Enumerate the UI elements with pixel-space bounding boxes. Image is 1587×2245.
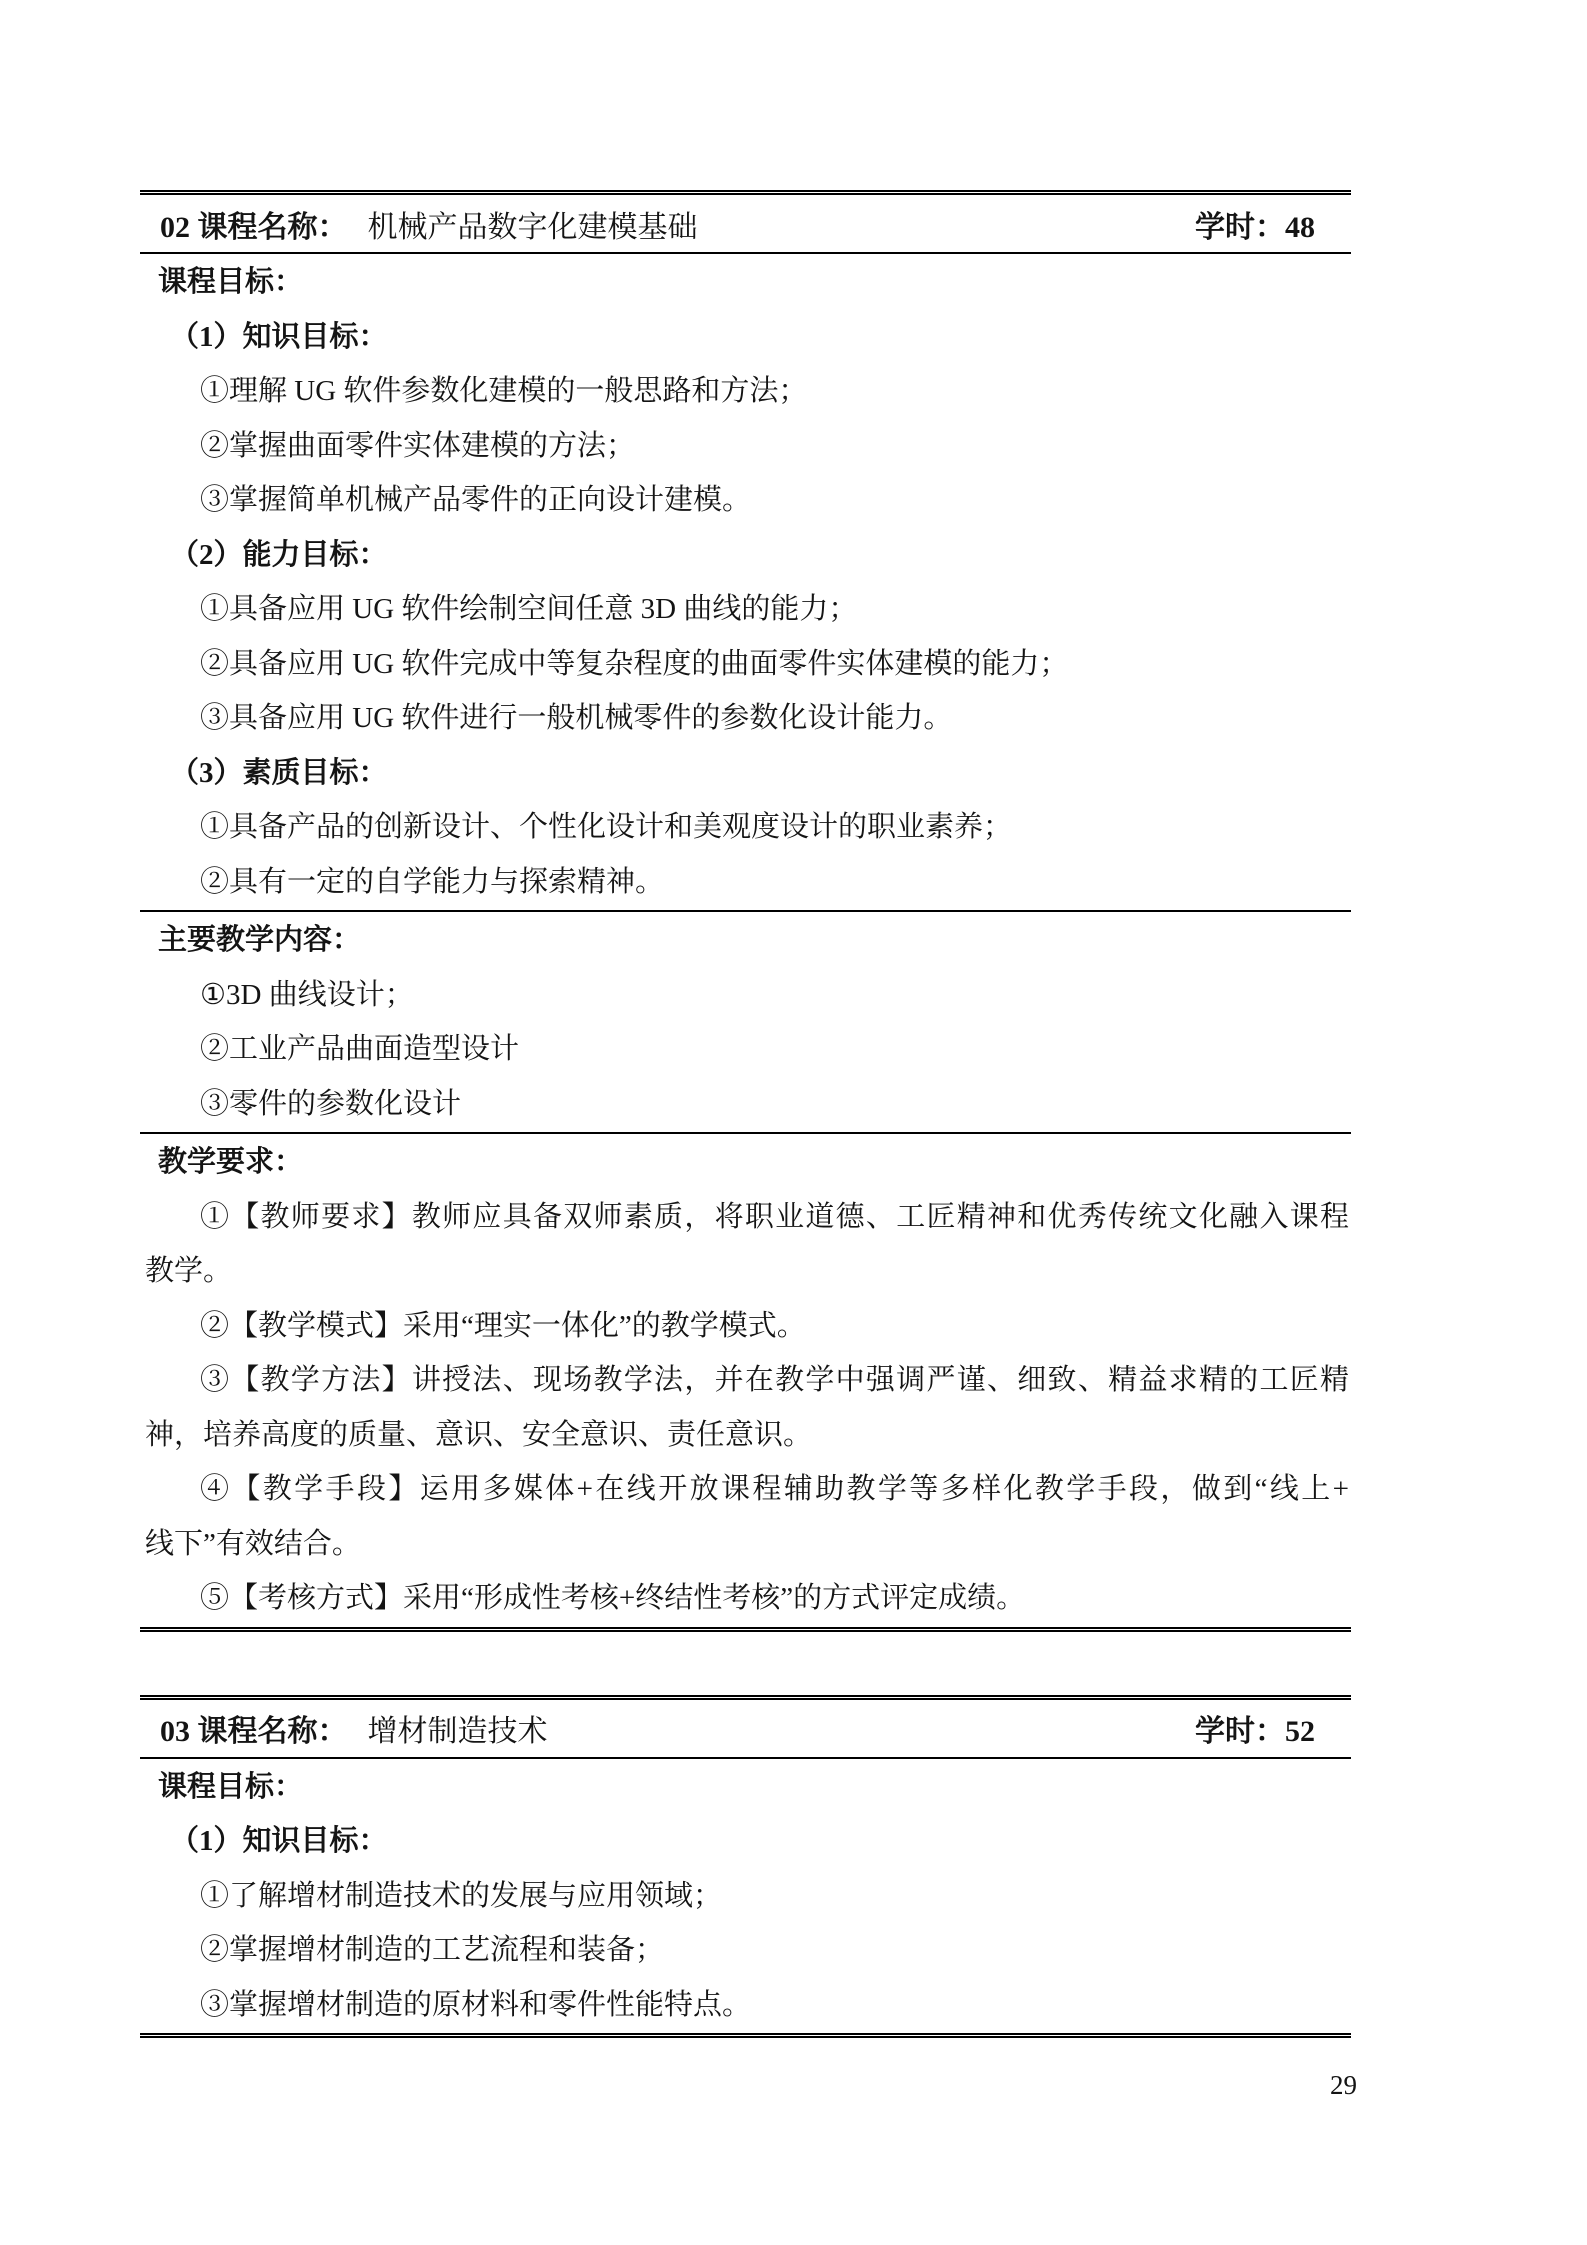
text-line: ②具备应用 UG 软件完成中等复杂程度的曲面零件实体建模的能力； xyxy=(140,637,1351,692)
course-objectives-row: 课程目标：（1）知识目标：①了解增材制造技术的发展与应用领域；②掌握增材制造的工… xyxy=(140,1759,1351,2034)
course-name: 增材制造技术 xyxy=(368,1715,548,1748)
text-line: 课程目标： xyxy=(140,255,1351,310)
text-line: 主要教学内容： xyxy=(140,913,1351,968)
text-line: ①具备应用 UG 软件绘制空间任意 3D 曲线的能力； xyxy=(140,582,1351,637)
text-line: ①理解 UG 软件参数化建模的一般思路和方法； xyxy=(140,364,1351,419)
text-line: （3）素质目标： xyxy=(140,746,1351,801)
page-number: 29 xyxy=(1330,2070,1357,2101)
text-line: ③掌握简单机械产品零件的正向设计建模。 xyxy=(140,473,1351,528)
document-page: 02 课程名称：机械产品数字化建模基础学时：48课程目标：（1）知识目标：①理解… xyxy=(0,0,1587,2245)
text-line: 课程目标： xyxy=(140,1760,1351,1815)
text-line: （1）知识目标： xyxy=(140,1814,1351,1869)
text-line: ④【教学手段】运用多媒体+在线开放课程辅助教学等多样化教学手段，做到“线上+ xyxy=(140,1462,1351,1517)
text-line: 教学。 xyxy=(140,1244,1351,1299)
text-line: ②工业产品曲面造型设计 xyxy=(140,1022,1351,1077)
course-header-row: 02 课程名称：机械产品数字化建模基础学时：48 xyxy=(140,195,1351,254)
text-line: ③【教学方法】讲授法、现场教学法，并在教学中强调严谨、细致、精益求精的工匠精 xyxy=(140,1353,1351,1408)
course-hours: 学时：52 xyxy=(1195,1706,1315,1750)
text-line: ③掌握增材制造的原材料和零件性能特点。 xyxy=(140,1978,1351,2033)
text-line: ③具备应用 UG 软件进行一般机械零件的参数化设计能力。 xyxy=(140,691,1351,746)
text-line: ②【教学模式】采用“理实一体化”的教学模式。 xyxy=(140,1299,1351,1354)
course-objectives-row: 课程目标：（1）知识目标：①理解 UG 软件参数化建模的一般思路和方法；②掌握曲… xyxy=(140,254,1351,912)
course-name: 机械产品数字化建模基础 xyxy=(368,211,698,244)
course-table-03: 03 课程名称：增材制造技术学时：52课程目标：（1）知识目标：①了解增材制造技… xyxy=(140,1695,1351,2039)
text-line: 神，培养高度的质量、意识、安全意识、责任意识。 xyxy=(140,1408,1351,1463)
text-line: ①了解增材制造技术的发展与应用领域； xyxy=(140,1869,1351,1924)
text-line: （2）能力目标： xyxy=(140,528,1351,583)
text-line: ①3D 曲线设计； xyxy=(140,968,1351,1023)
text-line: ③零件的参数化设计 xyxy=(140,1077,1351,1132)
course-hours: 学时：48 xyxy=(1195,202,1315,246)
main-teaching-content-row: 主要教学内容：①3D 曲线设计；②工业产品曲面造型设计③零件的参数化设计 xyxy=(140,912,1351,1134)
text-line: ①【教师要求】教师应具备双师素质，将职业道德、工匠精神和优秀传统文化融入课程 xyxy=(140,1190,1351,1245)
course-code-label: 02 课程名称： xyxy=(160,211,348,244)
text-line: ①具备产品的创新设计、个性化设计和美观度设计的职业素养； xyxy=(140,800,1351,855)
course-code-label: 03 课程名称： xyxy=(160,1715,348,1748)
course-title-group: 02 课程名称：机械产品数字化建模基础 xyxy=(160,202,698,246)
teaching-requirements-row: 教学要求：①【教师要求】教师应具备双师素质，将职业道德、工匠精神和优秀传统文化融… xyxy=(140,1134,1351,1627)
text-line: （1）知识目标： xyxy=(140,310,1351,365)
course-header-row: 03 课程名称：增材制造技术学时：52 xyxy=(140,1700,1351,1759)
text-line: 教学要求： xyxy=(140,1135,1351,1190)
text-line: 线下”有效结合。 xyxy=(140,1517,1351,1572)
text-line: ②掌握曲面零件实体建模的方法； xyxy=(140,419,1351,474)
text-line: ⑤【考核方式】采用“形成性考核+终结性考核”的方式评定成绩。 xyxy=(140,1571,1351,1626)
course-table-02: 02 课程名称：机械产品数字化建模基础学时：48课程目标：（1）知识目标：①理解… xyxy=(140,190,1351,1632)
document-content: 02 课程名称：机械产品数字化建模基础学时：48课程目标：（1）知识目标：①理解… xyxy=(140,190,1351,2038)
course-title-group: 03 课程名称：增材制造技术 xyxy=(160,1706,548,1750)
text-line: ②具有一定的自学能力与探索精神。 xyxy=(140,855,1351,910)
text-line: ②掌握增材制造的工艺流程和装备； xyxy=(140,1923,1351,1978)
